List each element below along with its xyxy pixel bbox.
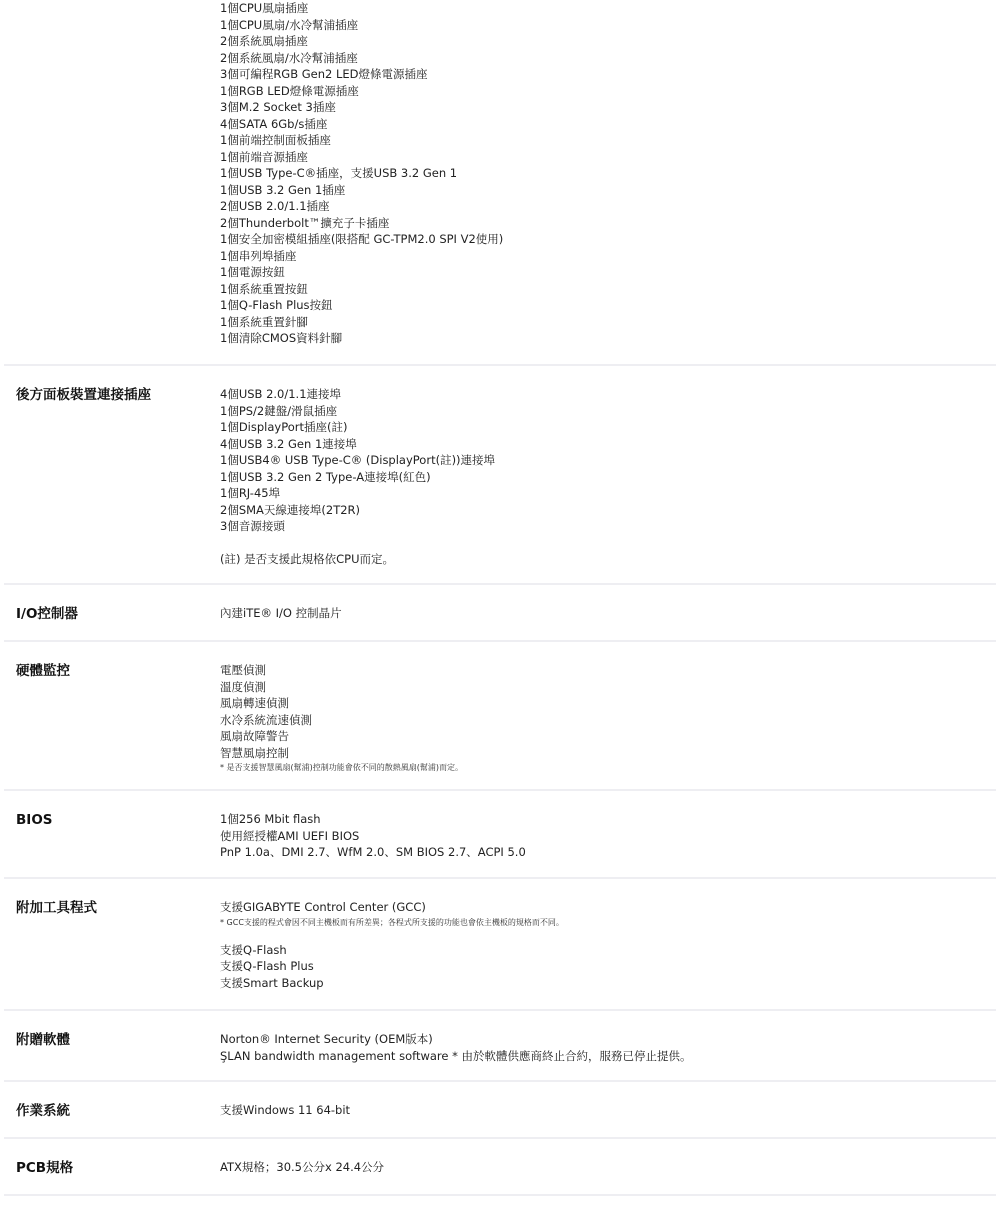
spec-line: 支援GIGABYTE Control Center (GCC) (220, 899, 996, 916)
spec-line: 3個M.2 Socket 3插座 (220, 99, 996, 116)
spec-line: 支援Smart Backup (220, 975, 996, 992)
spec-line: 1個前端音源插座 (220, 149, 996, 166)
spec-line: 智慧風扇控制 (220, 745, 996, 762)
spec-line: 1個RJ-45埠 (220, 485, 996, 502)
spec-label: I/O控制器 (4, 603, 220, 640)
spec-line: 支援Q-Flash Plus (220, 958, 996, 975)
spec-label: 後方面板裝置連接插座 (4, 384, 220, 583)
spec-value: 支援Windows 11 64-bit (220, 1100, 996, 1137)
spec-value: 1個CPU風扇插座 1個CPU風扇/水冷幫浦插座 2個系統風扇插座 2個系統風扇… (220, 0, 996, 364)
spec-line: Norton® Internet Security (OEM版本) (220, 1031, 996, 1048)
spec-line: 1個USB4® USB Type-C® (DisplayPort(註))連接埠 (220, 452, 996, 469)
spec-row-form-factor: PCB規格 ATX規格；30.5公分x 24.4公分 (4, 1139, 996, 1196)
spec-row-bios: BIOS 1個256 Mbit flash 使用經授權AMI UEFI BIOS… (4, 791, 996, 879)
spec-row-back-panel: 後方面板裝置連接插座 4個USB 2.0/1.1連接埠 1個PS/2鍵盤/滑鼠插… (4, 366, 996, 585)
spec-row-operating-system: 作業系統 支援Windows 11 64-bit (4, 1082, 996, 1139)
spec-line: 4個USB 2.0/1.1連接埠 (220, 386, 996, 403)
spec-line: 溫度偵測 (220, 679, 996, 696)
spec-value: 1個256 Mbit flash 使用經授權AMI UEFI BIOS PnP … (220, 809, 996, 877)
spec-line: ŞLAN bandwidth management software * 由於軟… (220, 1048, 996, 1065)
spec-line: 2個系統風扇插座 (220, 33, 996, 50)
spec-line: 2個USB 2.0/1.1插座 (220, 198, 996, 215)
spec-note: * GCC支援的程式會因不同主機板而有所差異；各程式所支援的功能也會依主機板的規… (220, 916, 996, 930)
spec-line: 3個音源接頭 (220, 518, 996, 535)
spec-line: 1個USB Type-C®插座，支援USB 3.2 Gen 1 (220, 165, 996, 182)
spec-line: 1個USB 3.2 Gen 2 Type-A連接埠(紅色) (220, 469, 996, 486)
spec-line: 1個RGB LED燈條電源插座 (220, 83, 996, 100)
spec-label: BIOS (4, 809, 220, 877)
spacer (220, 930, 996, 942)
spec-line: 1個USB 3.2 Gen 1插座 (220, 182, 996, 199)
spec-label: PCB規格 (4, 1157, 220, 1194)
spec-line: 1個安全加密模組插座(限搭配 GC-TPM2.0 SPI V2使用) (220, 231, 996, 248)
spec-line: 2個SMA天線連接埠(2T2R) (220, 502, 996, 519)
spec-label: 作業系統 (4, 1100, 220, 1137)
spec-line: 1個串列埠插座 (220, 248, 996, 265)
spec-line: PnP 1.0a、DMI 2.7、WfM 2.0、SM BIOS 2.7、ACP… (220, 844, 996, 861)
spec-label: 附贈軟體 (4, 1029, 220, 1080)
spec-label: 硬體監控 (4, 660, 220, 789)
spec-line: 1個CPU風扇插座 (220, 0, 996, 17)
spec-line: 1個256 Mbit flash (220, 811, 996, 828)
spec-line: 使用經授權AMI UEFI BIOS (220, 828, 996, 845)
spacer (220, 535, 996, 552)
spec-line: 1個系統重置針腳 (220, 314, 996, 331)
spec-note: * 是否支援智慧風扇(幫浦)控制功能會依不同的散熱風扇(幫浦)而定。 (220, 761, 996, 775)
spec-line: 1個清除CMOS資料針腳 (220, 330, 996, 347)
spec-line: 1個Q-Flash Plus按鈕 (220, 297, 996, 314)
spec-line: 4個SATA 6Gb/s插座 (220, 116, 996, 133)
spec-line: 4個USB 3.2 Gen 1連接埠 (220, 436, 996, 453)
spec-row-hardware-monitor: 硬體監控 電壓偵測 溫度偵測 風扇轉速偵測 水冷系統流速偵測 風扇故障警告 智慧… (4, 642, 996, 791)
spec-line: 支援Windows 11 64-bit (220, 1102, 996, 1119)
spec-label: 附加工具程式 (4, 897, 220, 1009)
spec-label (4, 0, 220, 364)
spec-line: 2個Thunderbolt™擴充子卡插座 (220, 215, 996, 232)
spec-value: 支援GIGABYTE Control Center (GCC) * GCC支援的… (220, 897, 996, 1009)
spec-line: 1個前端控制面板插座 (220, 132, 996, 149)
spec-line: ATX規格；30.5公分x 24.4公分 (220, 1159, 996, 1176)
spec-row-bundled-software: 附贈軟體 Norton® Internet Security (OEM版本) Ş… (4, 1011, 996, 1082)
spec-line: 內建iTE® I/O 控制晶片 (220, 605, 996, 622)
spec-line: 1個PS/2鍵盤/滑鼠插座 (220, 403, 996, 420)
spec-line: 風扇故障警告 (220, 728, 996, 745)
spec-line: 2個系統風扇/水冷幫浦插座 (220, 50, 996, 67)
spec-value: ATX規格；30.5公分x 24.4公分 (220, 1157, 996, 1194)
spec-line: 支援Q-Flash (220, 942, 996, 959)
spec-row-io-controller: I/O控制器 內建iTE® I/O 控制晶片 (4, 585, 996, 642)
spec-line: 1個電源按鈕 (220, 264, 996, 281)
spec-value: 電壓偵測 溫度偵測 風扇轉速偵測 水冷系統流速偵測 風扇故障警告 智慧風扇控制 … (220, 660, 996, 789)
spec-row-utilities: 附加工具程式 支援GIGABYTE Control Center (GCC) *… (4, 879, 996, 1011)
spec-value: 4個USB 2.0/1.1連接埠 1個PS/2鍵盤/滑鼠插座 1個Display… (220, 384, 996, 583)
spec-line: 1個系統重置按鈕 (220, 281, 996, 298)
spec-row-internal-connectors: 1個CPU風扇插座 1個CPU風扇/水冷幫浦插座 2個系統風扇插座 2個系統風扇… (4, 0, 996, 366)
spec-value: 內建iTE® I/O 控制晶片 (220, 603, 996, 640)
spec-table: 1個CPU風扇插座 1個CPU風扇/水冷幫浦插座 2個系統風扇插座 2個系統風扇… (4, 0, 996, 1196)
spec-line: 電壓偵測 (220, 662, 996, 679)
spec-value: Norton® Internet Security (OEM版本) ŞLAN b… (220, 1029, 996, 1080)
spec-line: 1個CPU風扇/水冷幫浦插座 (220, 17, 996, 34)
footnote: (註) 是否支援此規格依CPU而定。 (220, 551, 996, 568)
spec-line: 1個DisplayPort插座(註) (220, 419, 996, 436)
spec-line: 水冷系統流速偵測 (220, 712, 996, 729)
spec-line: 風扇轉速偵測 (220, 695, 996, 712)
spec-line: 3個可編程RGB Gen2 LED燈條電源插座 (220, 66, 996, 83)
